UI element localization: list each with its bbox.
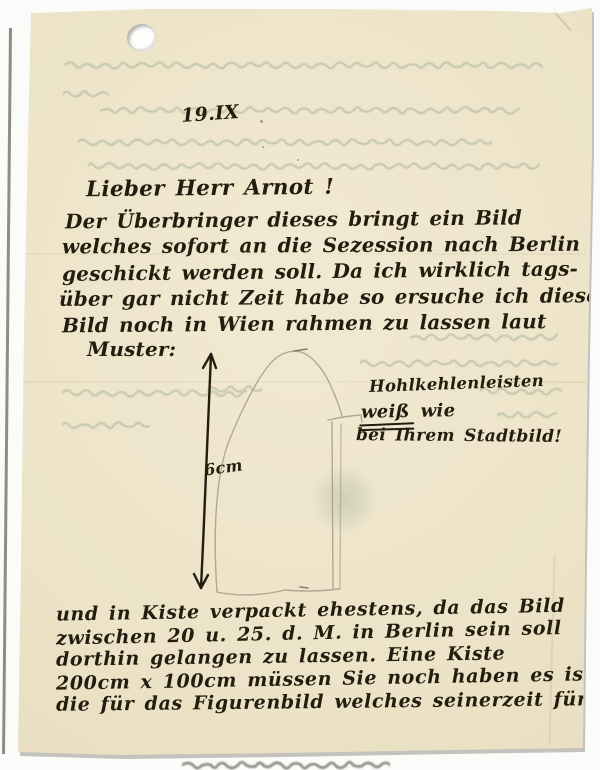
letter-line: Der Überbringer dieses bringt ein Bild: [65, 204, 600, 235]
verso-bleedthrough-line: [65, 57, 543, 71]
letter-greeting: Lieber Herr Arnot !: [86, 175, 334, 203]
verso-bleedthrough-line: [78, 134, 492, 148]
verso-bleedthrough-line: [100, 103, 520, 117]
punch-hole: [125, 21, 159, 53]
frame-note-rest: wie: [420, 400, 455, 422]
letter-page: 19.IX Lieber Herr Arnot ! Der Überbringe…: [0, 0, 600, 770]
verso-bleedthrough-line: [88, 158, 540, 172]
paper-fleck: [260, 120, 263, 123]
letter-body-top: Der Überbringer dieses bringt ein Bild w…: [62, 206, 600, 362]
corner-crease: [542, 0, 572, 31]
verso-bleedthrough-line: [63, 86, 109, 100]
letter-line: Bild noch in Wien rahmen zu lassen laut: [62, 308, 600, 339]
frame-note-line2: weißwie: [361, 400, 456, 423]
verso-bleedthrough-line: [497, 408, 557, 422]
next-page-writing-hint: [182, 757, 390, 770]
letter-body-bottom: und in Kiste verpackt ehestens, da das B…: [56, 599, 593, 714]
frame-note-emphasis: weiß: [361, 401, 410, 423]
paper-fleck: [297, 159, 299, 161]
letter-date: 19.IX: [180, 101, 240, 127]
frame-note-line3: bei Ihrem Stadtbild!: [356, 425, 562, 447]
paper-fleck: [262, 146, 264, 148]
verso-bleedthrough-line: [62, 417, 150, 431]
underlying-sheet-edge: [2, 28, 12, 754]
letter-line: die für das Figurenbild welches seinerze…: [56, 688, 593, 717]
scan-background: 19.IX Lieber Herr Arnot ! Der Überbringe…: [0, 0, 600, 770]
